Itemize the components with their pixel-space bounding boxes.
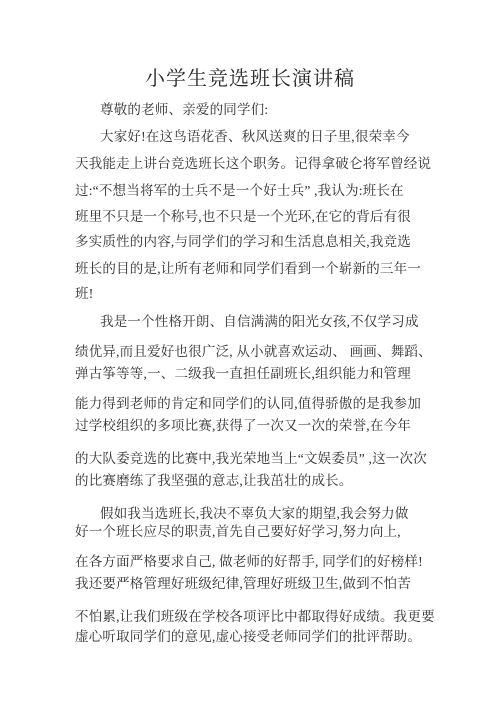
text-line: 虚心听取同学们的意见,虚心接受老师同学们的批评帮助。 [75,627,421,646]
text-line: 我是一个性格开朗、自信满满的阳光女孩,不仅学习成 [100,312,419,331]
text-line: 的比赛磨练了我坚强的意志,让我茁壮的成长。 [75,471,353,490]
text-line: 的大队委竞选的比赛中,我光荣地当上“文娱委员” ,这一次次 [75,449,427,468]
text-line: 班! [75,284,93,303]
text-line: 天我能走上讲台竞选班长这个职务。记得拿破仑将军曾经说 [75,154,431,173]
text-line: 在各方面严格要求自己, 做老师的好帮手, 同学们的好榜样! [75,552,423,571]
document-title: 小学生竞选班长演讲稿 [0,62,500,91]
text-line: 绩优异,而且爱好也很广泛, 从小就喜欢运动、 画画、舞蹈、 [75,342,432,361]
text-line: 弹古筝等等,一、二级我一直担任副班长,组织能力和管理 [75,364,411,383]
text-line: 过学校组织的多项比赛,获得了一次又一次的荣誉,在今年 [75,416,411,435]
text-line: 过:“不想当将军的士兵不是一个好士兵” ,我认为:班长在 [75,181,404,200]
text-line: 大家好!在这鸟语花香、秋风送爽的日子里,很荣幸今 [100,127,410,146]
document-page: 小学生竞选班长演讲稿 尊敬的老师、亲爱的同学们: 大家好!在这鸟语花香、秋风送爽… [0,0,500,708]
text-line: 多实质性的内容,与同学们的学习和生活息息相关,我竞选 [75,232,411,251]
text-line: 好一个班长应尽的职责,首先自己要好好学习,努力向上, [75,522,401,541]
text-line-greeting: 尊敬的老师、亲爱的同学们: [100,100,268,119]
text-line: 我还要严格管理好班级纪律,管理好班级卫生,做到不怕苦 [75,574,411,593]
text-line: 班长的目的是,让所有老师和同学们看到一个崭新的三年一 [75,259,421,278]
text-line: 假如我当选班长,我决不辜负大家的期望,我会努力做 [100,504,409,523]
text-line: 能力得到老师的肯定和同学们的认同,值得骄傲的是我参加 [75,394,421,413]
text-line: 不怕累,让我们班级在学校各项评比中都取得好成绩。我更要 [75,607,435,626]
text-line: 班里不只是一个称号,也不只是一个光环,在它的背后有很 [75,207,411,226]
